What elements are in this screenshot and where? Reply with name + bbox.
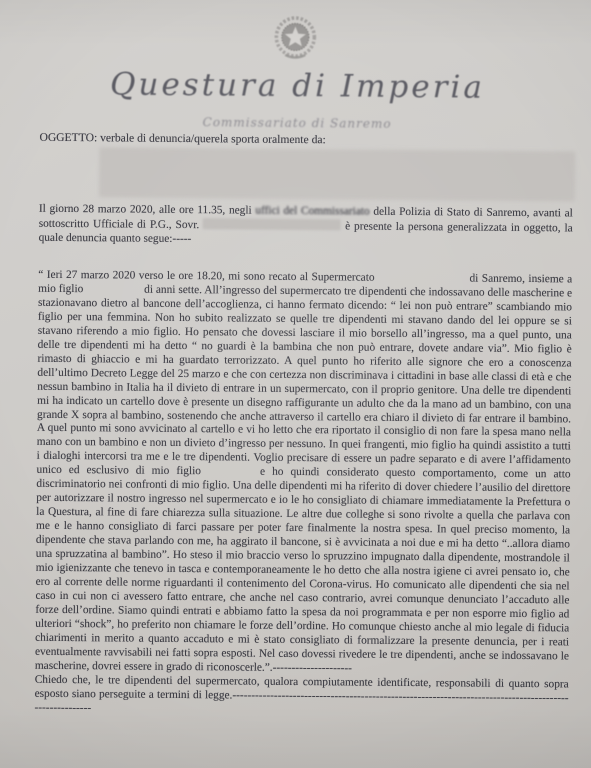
document-sheet: Questura di Imperia Commissariato di San… xyxy=(0,0,591,768)
italian-republic-emblem-icon xyxy=(268,10,322,66)
statement-paragraph: “ Ieri 27 marzo 2020 verso le ore 18.20,… xyxy=(35,269,573,678)
intro-text: Il giorno 28 marzo 2020, alle ore 11.35,… xyxy=(39,203,573,251)
statement-segment-1: “ Ieri 27 marzo 2020 verso le ore 18.20,… xyxy=(38,269,378,284)
intro-segment-1: Il giorno 28 marzo 2020, alle ore 11.35,… xyxy=(39,203,256,217)
document-photo: Questura di Imperia Commissariato di San… xyxy=(0,0,591,768)
redacted-son-name xyxy=(86,291,141,292)
office-subtitle: Commissariato di Sanremo xyxy=(2,113,591,132)
redacted-complainant-block xyxy=(99,147,575,201)
subject-line: OGGETTO: verbale di denuncia/querela spo… xyxy=(39,131,574,149)
redacted-officer-name xyxy=(203,218,341,230)
statement-body: “ Ieri 27 marzo 2020 verso le ore 18.20,… xyxy=(34,269,572,720)
intro-paragraph: Il giorno 28 marzo 2020, alle ore 11.35,… xyxy=(39,203,573,251)
request-paragraph: Chiedo che, le tre dipendenti del superm… xyxy=(34,673,568,720)
intro-blurred-segment: uffici del Commissariato xyxy=(255,205,369,218)
redacted-son-name-2 xyxy=(208,474,253,475)
page-title: Questura di Imperia xyxy=(2,65,591,106)
statement-segment-3: di anni sette. All’ingresso del supermer… xyxy=(37,284,573,478)
statement-segment-4: e ho quindi considerato questo comportam… xyxy=(35,466,571,674)
redacted-supermarket-name xyxy=(378,280,466,282)
